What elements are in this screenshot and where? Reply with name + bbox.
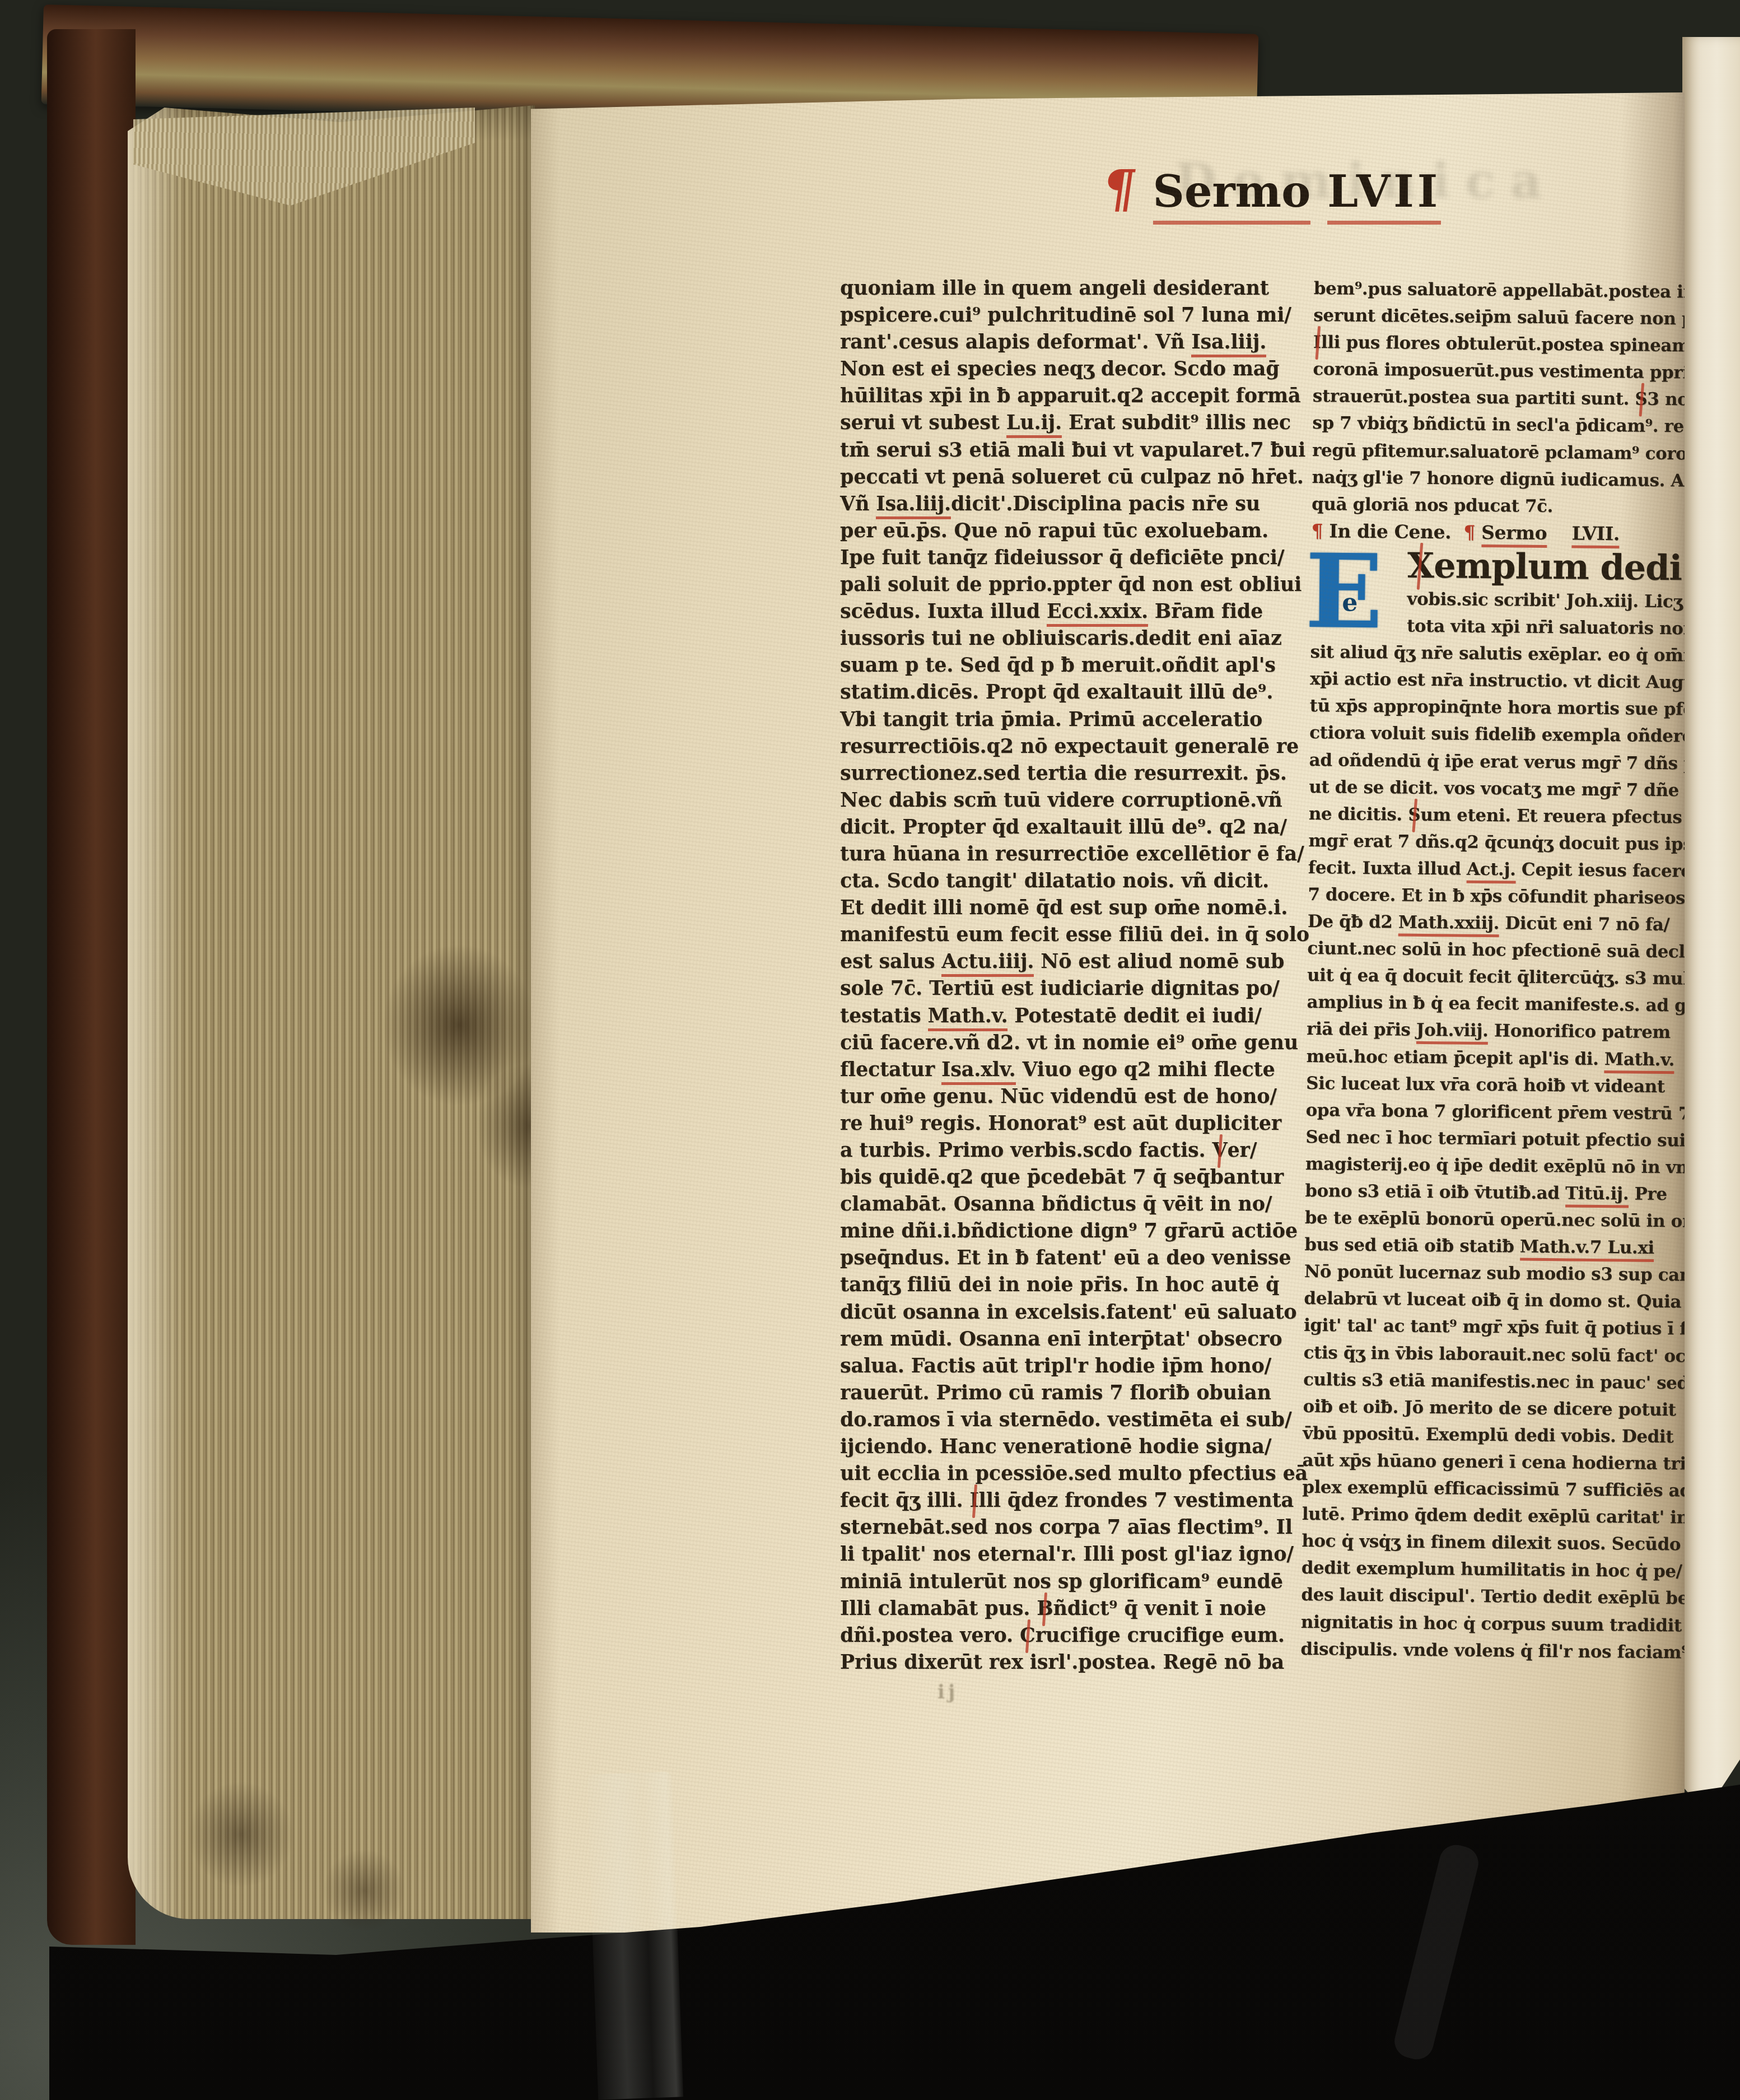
text-line: bem⁹.pus saluatorē appellabāt.postea irr… (1314, 275, 1695, 306)
text-line: oiƀ et oiƀ. Jō merito de se dicere potui… (1303, 1393, 1683, 1424)
text-line: regū pfitemur.saluatorē pclamam⁹ coro/ (1312, 437, 1693, 468)
text-line: tū xp̄s appropinq̄nte hora mortis sue pf… (1309, 692, 1690, 723)
text-line: cta. Scdo tangit' dilatatio nois. vñ dic… (840, 868, 1338, 895)
text-segment: pseq̄ndus. Et in ƀ fatent' eū a deo veni… (840, 1246, 1291, 1269)
text-segment: pali soluit de pprio.ppter q̄d non est o… (840, 573, 1301, 596)
text-line: miniā intulerūt nos sp glorificam⁹ eundē (840, 1568, 1338, 1595)
text-segment: delabrū vt luceat oiƀ q̄ in domo st. Qui… (1304, 1288, 1681, 1312)
citation-red-underlined: Titū.ij. (1565, 1183, 1629, 1208)
citation-red-underlined: Math.v.7 Lu.xi (1520, 1237, 1654, 1262)
text-line: quā gloriā nos pducat 7c̄. (1312, 491, 1692, 521)
text-segment: Br̄am fide (1148, 600, 1263, 623)
text-line: rem mūdi. Osanna enī interp̄tat' obsecro (840, 1326, 1338, 1353)
text-segment: peccati vt penā solueret cū culpaz nō hr… (840, 465, 1304, 488)
text-line: do.ramos ī via sternēdo. vestimēta ei su… (840, 1407, 1338, 1433)
text-segment: oiƀ et oiƀ. Jō merito de se dicere potui… (1303, 1396, 1676, 1420)
text-segment: rauerūt. Primo cū ramis 7 floriƀ obuian (840, 1381, 1271, 1404)
text-segment: li tpalit' nos eternal'r. Illi post gl'i… (840, 1543, 1294, 1566)
text-segment: riā dei pr̄is (1307, 1019, 1416, 1040)
text-line: vobis.sic scribit' Joh.xiij. Licʒ (1407, 586, 1691, 616)
text-line: plex exemplū efficacissimū 7 sufficiēs a… (1302, 1474, 1683, 1505)
citation-red-underlined: Isa.liij. (876, 492, 951, 519)
text-segment: serunt dicētes.seip̄m saluū facere non p… (1313, 305, 1719, 329)
text-segment: uit ecclia in pcessiōe.sed multo pfectiu… (840, 1462, 1308, 1485)
citation-red-underlined: Lu.ij. (1006, 411, 1062, 438)
text-segment: opa vr̄a bona 7 glorificent pr̄em vestrū… (1306, 1100, 1706, 1124)
running-header: ¶ Sermo LVII (1103, 159, 1441, 225)
text-segment: Et dedit illi nomē q̄d est sup om̄e nomē… (840, 896, 1287, 919)
text-segment: ne dicitis. (1309, 804, 1408, 825)
text-line: aūt xp̄s hūano generi ī cena hodierna tr… (1302, 1447, 1683, 1478)
text-segment: lutē. Primo q̄dem dedit exēplū caritat' … (1302, 1504, 1689, 1528)
citation-red-underlined: Math.xxiij. (1398, 912, 1500, 938)
text-segment: sternebāt.sed nos corpa 7 aīas flectim⁹.… (840, 1516, 1293, 1539)
text-line: scēdus. Iuxta illud Ecci.xxix. Br̄am fid… (840, 598, 1338, 625)
text-line: Sed nec ī hoc termīari potuit pfectio su… (1305, 1124, 1686, 1154)
text-segment: vobis.sic scribit' Joh.xiij. Licʒ (1407, 589, 1682, 612)
text-segment: tū xp̄s appropinq̄nte hora mortis sue pf… (1309, 696, 1700, 720)
text-line: re hui⁹ regis. Honorat⁹ est aūt duplicit… (840, 1110, 1338, 1137)
text-segment: meū.hoc etiam p̄cepit apl'is di. (1306, 1046, 1604, 1069)
text-segment: dñi.postea vero. (840, 1624, 1020, 1647)
text-line: 7 docere. Et in ƀ xp̄s cōfundit phariseo… (1308, 881, 1688, 912)
text-line: pspicere.cui⁹ pulchritudinē sol 7 luna m… (840, 302, 1338, 329)
text-line: mine dñi.i.bñdictione dign⁹ 7 gr̄arū act… (840, 1218, 1338, 1245)
text-segment: Erat subdit⁹ illis nec (1062, 411, 1291, 434)
text-segment: aūt xp̄s hūano generi ī cena hodierna tr… (1303, 1450, 1692, 1474)
text-segment: ciunt.nec solū in hoc pfectionē suā decl… (1307, 938, 1716, 962)
text-segment: Sed nec ī hoc termīari potuit pfectio su… (1305, 1127, 1686, 1151)
text-line: Illi pus flores obtulerūt.postea spineam (1313, 329, 1694, 360)
text-line: ctis q̄ʒ in v̄bis laborauit.nec solū fac… (1303, 1339, 1684, 1370)
text-line: mgr̄ erat 7 dñs.q2 q̄cunq̇ʒ docuit pus i… (1308, 827, 1689, 858)
text-line: ijciendo. Hanc venerationē hodie signa/ (840, 1433, 1338, 1460)
text-line: naq̇ʒ gl'ie 7 honore dignū iudicamus. Ad (1312, 464, 1692, 495)
text-segment: quā gloriā nos pducat 7c̄. (1312, 494, 1553, 516)
text-segment: regū pfitemur.saluatorē pclamam⁹ coro/ (1312, 440, 1694, 464)
text-segment: suam p te. Sed q̄d p ƀ meruit.oñdit apl'… (840, 654, 1276, 677)
text-line: igit' tal' ac tant⁹ mgr̄ xp̄s fuit q̄ po… (1304, 1312, 1685, 1343)
text-segment: nignitatis in hoc q̇ corpus suum tradidi… (1301, 1612, 1682, 1636)
text-line: Nec dabis scm̄ tuū videre corruptionē.vñ (840, 787, 1338, 814)
text-line: fecit q̄ʒ illi. Illi q̄dez frondes 7 ves… (840, 1487, 1338, 1514)
text-segment: De q̄ƀ d2 (1308, 911, 1398, 933)
text-line: nignitatis in hoc q̇ corpus suum tradidi… (1301, 1608, 1682, 1639)
text-segment: lli q̄dez frondes 7 vestimenta (979, 1489, 1294, 1512)
text-line: serunt dicētes.seip̄m saluū facere non p… (1313, 302, 1694, 333)
text-segment: pspicere.cui⁹ pulchritudinē sol 7 luna m… (840, 304, 1291, 327)
text-segment: bus sed etiā oiƀ statiƀ (1304, 1235, 1520, 1257)
guide-letter: e (1342, 588, 1358, 617)
red-touched-capital: I (1313, 329, 1322, 356)
text-line: Vñ Isa.liij.dicit'.Disciplina pacis nr̄e… (840, 491, 1338, 518)
text-line: dicit. Propter q̄d exaltauit illū de⁹. q… (840, 814, 1338, 841)
text-segment: igit' tal' ac tant⁹ mgr̄ xp̄s fuit q̄ po… (1304, 1315, 1704, 1339)
text-line: ne dicitis. Sum eteni. Et reuera pfectus (1309, 800, 1690, 831)
text-line: fecit. Iuxta illud Act.j. Cepit iesus fa… (1308, 854, 1689, 885)
citation-red-underlined: Joh.viij. (1416, 1020, 1489, 1045)
text-line: dicūt osanna in excelsis.fatent' eū salu… (840, 1299, 1338, 1326)
sermon-opening-with-initial: EeXemplum dedivobis.sic scribit' Joh.xii… (1310, 544, 1692, 642)
text-segment: rem mūdi. Osanna enī interp̄tat' obsecro (840, 1328, 1282, 1351)
text-segment: a turbis. Primo verbis.scdo factis. (840, 1139, 1212, 1162)
text-line: Nō ponūt lucernaz sub modio s3 sup can/ (1304, 1258, 1685, 1289)
text-segment: mine dñi.i.bñdictione dign⁹ 7 gr̄arū act… (840, 1219, 1298, 1242)
text-segment: coronā imposuerūt.pus vestimenta ppria (1313, 359, 1700, 383)
text-line: a turbis. Primo verbis.scdo factis. Ver/ (840, 1137, 1338, 1164)
text-segment: ñdict⁹ q̄ venit ī noie (1053, 1597, 1266, 1620)
text-line: manifestū eum fecit esse filiū dei. in q… (840, 921, 1338, 948)
text-segment: mgr̄ erat 7 dñs.q2 q̄cunq̇ʒ docuit pus i… (1308, 831, 1703, 855)
text-segment: tm̄ serui s3 etiā mali ƀui vt vapularet.… (840, 439, 1305, 462)
text-line: statim.dicēs. Propt q̄d exaltauit illū d… (840, 679, 1338, 706)
text-line: resurrectiōis.q2 nō expectauit generalē … (840, 733, 1338, 760)
text-line: ut de se dicit. vos vocatʒ me mgr̄ 7 dñe… (1309, 774, 1690, 804)
text-segment: dicit. Propter q̄d exaltauit illū de⁹. q… (840, 816, 1287, 839)
text-line: tota vita xp̄i nr̄i saluatoris non (1407, 613, 1691, 642)
text-segment: tura hūana in resurrectiōe excellētior ē… (840, 842, 1304, 865)
text-line: strauerūt.postea sua partiti sunt. S3 no… (1313, 383, 1694, 413)
text-segment: Sic luceat lux vr̄a corā hoiƀ vt videant (1306, 1073, 1665, 1097)
text-segment: ciū facere.vñ d2. vt in nomie ei⁹ om̄e g… (840, 1031, 1298, 1054)
opening-display-line: Xemplum dedi (1407, 546, 1692, 589)
text-segment: 7 docere. Et in ƀ xp̄s cōfundit phariseo… (1308, 884, 1691, 909)
text-segment: plex exemplū efficacissimū 7 sufficiēs a… (1302, 1477, 1718, 1501)
text-line: Et dedit illi nomē q̄d est sup om̄e nomē… (840, 895, 1338, 921)
text-line: hoc q̇ vsq̇ʒ in finem dilexit suos. Secū… (1301, 1528, 1682, 1558)
text-segment: Viuo ego q2 mihi flecte (1016, 1058, 1275, 1081)
text-segment: quoniam ille in quem angeli desiderant (840, 277, 1269, 300)
text-segment: do.ramos ī via sternēdo. vestimēta ei su… (840, 1408, 1291, 1431)
text-line: Sic luceat lux vr̄a corā hoiƀ vt videant (1306, 1070, 1687, 1101)
leather-binding-spine-left (47, 29, 136, 1945)
text-segment: Nō ponūt lucernaz sub modio s3 sup can/ (1304, 1261, 1698, 1286)
text-line: delabrū vt luceat oiƀ q̄ in domo st. Qui… (1304, 1285, 1685, 1316)
text-segment: re hui⁹ regis. Honorat⁹ est aūt duplicit… (840, 1112, 1281, 1135)
red-touched-capital: V (1212, 1137, 1227, 1164)
text-segment: dicūt osanna in excelsis.fatent' eū salu… (840, 1301, 1297, 1324)
text-segment: rucifige crucifige eum. (1035, 1624, 1285, 1647)
text-segment: est salus (840, 950, 941, 973)
citation-red-underlined: Math.v. (1604, 1049, 1674, 1074)
text-line: opa vr̄a bona 7 glorificent pr̄em vestrū… (1305, 1097, 1686, 1128)
text-segment: dedit exemplum humilitatis in hoc q̇ pe/ (1301, 1558, 1682, 1582)
text-line: bono s3 etiā ī oiƀ v̄tutiƀ.ad Titū.ij. P… (1305, 1177, 1686, 1208)
text-line: salua. Factis aūt tripl'r hodie ip̄m hon… (840, 1353, 1338, 1380)
text-line: ciunt.nec solū in hoc pfectionē suā decl… (1307, 935, 1688, 966)
text-segment: clamabāt. Osanna bñdictus q̄ vēit in no/ (840, 1193, 1272, 1216)
text-segment: dicit'.Disciplina pacis nr̄e su (951, 492, 1260, 515)
text-segment: flectatur (840, 1058, 941, 1081)
text-segment: hoc q̇ vsq̇ʒ in finem dilexit suos. Secū… (1301, 1531, 1681, 1554)
page-block-fore-edge (128, 102, 535, 1919)
text-line: Illi clamabāt pus. Bñdict⁹ q̄ venit ī no… (840, 1595, 1338, 1622)
text-segment: ctiora voluit suis fideliƀ exempla oñder… (1309, 723, 1693, 747)
text-line: discipulis. vnde volens q̇ fil'r nos fac… (1300, 1635, 1681, 1666)
photograph-of-open-incunabulum: Dominica ¶ Sermo LVII quoniam ille in qu… (0, 0, 1740, 2100)
text-line: meū.hoc etiam p̄cepit apl'is di. Math.v. (1306, 1042, 1687, 1073)
text-line: Non est ei species neqʒ decor. Scdo maḡ (840, 356, 1338, 383)
text-line: xp̄i actio est nr̄a instructio. vt dicit… (1310, 665, 1691, 696)
text-segment: testatis (840, 1004, 928, 1027)
text-line: amplius in ƀ q̇ ea fecit manifeste.s. ad… (1307, 989, 1687, 1019)
text-line: testatis Math.v. Potestatē dedit ei iudi… (840, 1003, 1338, 1030)
text-segment: sole 7c̄. Tertiū est iudiciarie dignitas… (840, 977, 1280, 1000)
text-line: ctiora voluit suis fideliƀ exempla oñder… (1309, 719, 1690, 750)
text-segment: sp 7 vbiq̇ʒ bñdictū in secl'a p̄dicam⁹. … (1312, 413, 1716, 437)
text-segment: per eū.p̄s. Que nō rapui tūc exoluebam. (840, 519, 1268, 542)
text-segment: fecit q̄ʒ illi. (840, 1489, 969, 1512)
text-column-right: bem⁹.pus saluatorē appellabāt.postea irr… (1300, 275, 1695, 1666)
text-segment: statim.dicēs. Propt q̄d exaltauit illū d… (840, 681, 1273, 704)
text-line: bis quidē.q2 que p̄cedebāt 7 q̄ seq̄bant… (840, 1164, 1338, 1191)
text-segment: miniā intulerūt nos sp glorificam⁹ eundē (840, 1570, 1283, 1593)
citation-red-underlined: Isa.xlv. (941, 1058, 1016, 1085)
text-segment: cultis s3 etiā manifestis.nec in pauc' s… (1303, 1370, 1714, 1394)
text-segment: rant'.cesus alapis deformat'. Vñ (840, 330, 1191, 353)
text-segment: fecit. Iuxta illud (1308, 858, 1467, 879)
text-line: rant'.cesus alapis deformat'. Vñ Isa.lii… (840, 329, 1338, 356)
header-title: Sermo (1153, 166, 1311, 225)
text-segment: tur om̄e genu. Nūc videndū est de hono/ (840, 1085, 1277, 1108)
text-line: tm̄ serui s3 etiā mali ƀui vt vapularet.… (840, 437, 1338, 464)
text-line: quoniam ille in quem angeli desiderant (840, 275, 1338, 302)
red-touched-capital: S (1635, 386, 1647, 413)
text-line: pseq̄ndus. Et in ƀ fatent' eū a deo veni… (840, 1245, 1338, 1272)
text-line: pali soluit de pprio.ppter q̄d non est o… (840, 571, 1338, 598)
red-touched-capital: X (1407, 546, 1434, 586)
text-segment: magisterij.eo q̇ ip̄e dedit exēplū nō in… (1305, 1154, 1700, 1178)
text-segment: Nō est aliud nomē sub (1034, 950, 1284, 973)
text-line: des lauit discipul'. Tertio dedit exēplū… (1301, 1581, 1682, 1612)
text-segment: tota vita xp̄i nr̄i saluatoris non (1407, 616, 1696, 639)
text-line: tura hūana in resurrectiōe excellētior ē… (840, 841, 1338, 868)
text-line: Ipe fuit tanq̄z fideiussor q̄ deficiēte … (840, 544, 1338, 571)
citation-red-underlined: Sermo (1481, 521, 1547, 548)
text-line: li tpalit' nos eternal'r. Illi post gl'i… (840, 1541, 1338, 1568)
citation-red-underlined: Ecci.xxix. (1047, 600, 1148, 627)
text-segment: discipulis. vnde volens q̇ fil'r nos fac… (1300, 1638, 1688, 1663)
text-segment: Ipe fuit tanq̄z fideiussor q̄ deficiēte … (840, 546, 1284, 569)
text-segment (1547, 522, 1572, 544)
text-line: riā dei pr̄is Joh.viij. Honorifico patre… (1307, 1016, 1687, 1046)
text-segment: manifestū eum fecit esse filiū dei. in q… (840, 923, 1309, 946)
text-segment: des lauit discipul'. Tertio dedit exēplū… (1301, 1585, 1688, 1609)
text-segment: Prius dixerūt rex isrl'.postea. Regē nō … (840, 1651, 1284, 1674)
citation-red-underlined: Actu.iiij. (941, 950, 1034, 977)
text-segment: Dicūt eni 7 nō fa/ (1499, 913, 1670, 935)
text-line: peccati vt penā solueret cū culpaz nō hr… (840, 464, 1338, 491)
citation-red-underlined: LVII. (1571, 522, 1620, 548)
text-segment: tanq̄ʒ filiū dei in noie pr̄is. In hoc a… (840, 1273, 1279, 1296)
text-segment: Cepit iesus facere (1515, 859, 1691, 881)
red-touched-capital: I (969, 1487, 978, 1514)
text-segment: ctis q̄ʒ in v̄bis laborauit.nec solū fac… (1303, 1342, 1692, 1366)
text-segment: Pre (1629, 1184, 1667, 1204)
text-segment: um eteni. Et reuera pfectus (1420, 805, 1682, 827)
text-line: serui vt subest Lu.ij. Erat subdit⁹ illi… (840, 409, 1338, 436)
text-segment: Non est ei species neqʒ decor. Scdo maḡ (840, 357, 1279, 380)
text-segment: bis quidē.q2 que p̄cedebāt 7 q̄ seq̄bant… (840, 1166, 1284, 1189)
text-segment: bem⁹.pus saluatorē appellabāt.postea irr… (1314, 278, 1708, 302)
text-line: De q̄ƀ d2 Math.xxiij. Dicūt eni 7 nō fa/ (1308, 908, 1688, 939)
text-line: cultis s3 etiā manifestis.nec in pauc' s… (1303, 1366, 1684, 1397)
text-line: dñi.postea vero. Crucifige crucifige eum… (840, 1622, 1338, 1649)
book-cradle-strap (587, 1772, 683, 2100)
header-sermon-number: LVII (1327, 166, 1441, 225)
text-column-left: quoniam ille in quem angeli desiderantps… (840, 275, 1338, 1676)
text-segment: lli pus flores obtulerūt.postea spineam (1321, 332, 1690, 356)
text-segment: xp̄i actio est nr̄a instructio. vt dicit… (1310, 669, 1711, 693)
text-line: surrectionez.sed tertia die resurrexit. … (840, 760, 1338, 787)
text-segment: Vñ (840, 492, 876, 515)
text-segment: naq̇ʒ gl'ie 7 honore dignū iudicamus. Ad (1312, 467, 1696, 491)
text-segment: strauerūt.postea sua partiti sunt. (1313, 386, 1635, 409)
text-line: Prius dixerūt rex isrl'.postea. Regē nō … (840, 1649, 1338, 1676)
open-book-page: Dominica ¶ Sermo LVII quoniam ille in qu… (531, 92, 1685, 1933)
red-touched-capital: C (1020, 1622, 1035, 1649)
citation-red-underlined: Isa.liij. (1191, 330, 1266, 357)
rubric-red-text: ¶ (1463, 521, 1481, 543)
text-line: magisterij.eo q̇ ip̄e dedit exēplū nō in… (1305, 1151, 1686, 1181)
red-paraph-icon: ¶ (1099, 159, 1140, 219)
red-touched-capital: S (1408, 801, 1420, 828)
text-line: lutē. Primo q̄dem dedit exēplū caritat' … (1302, 1501, 1683, 1531)
text-segment: Vbi tangit tria p̄mia. Primū acceleratio (840, 708, 1262, 731)
text-line: bus sed etiā oiƀ statiƀ Math.v.7 Lu.xi (1304, 1231, 1685, 1262)
text-segment: uit q̇ ea q̄ docuit fecit q̄litercūq̇ʒ. … (1307, 965, 1709, 989)
facing-leaf-edge (1682, 37, 1740, 1813)
text-line: tanq̄ʒ filiū dei in noie pr̄is. In hoc a… (840, 1272, 1338, 1298)
text-segment: be te exēplū bonorū operū.nec solū in om… (1305, 1208, 1713, 1232)
quire-signature-mark: ij (937, 1681, 958, 1703)
text-segment: Potestatē dedit ei iudi/ (1007, 1004, 1261, 1027)
text-line: sternebāt.sed nos corpa 7 aīas flectim⁹.… (840, 1514, 1338, 1541)
text-segment: er/ (1227, 1139, 1257, 1162)
text-line: per eū.p̄s. Que nō rapui tūc exoluebam. (840, 518, 1338, 544)
text-segment: Illi clamabāt pus. (840, 1597, 1037, 1620)
text-segment: resurrectiōis.q2 nō expectauit generalē … (840, 735, 1299, 758)
text-segment: ut de se dicit. vos vocatʒ me mgr̄ 7 dñe… (1309, 777, 1725, 801)
text-line: tur om̄e genu. Nūc videndū est de hono/ (840, 1083, 1338, 1110)
citation-red-underlined: Math.v. (928, 1004, 1008, 1031)
text-line: v̄bū ppositū. Exemplū dedi vobis. Dedit (1303, 1420, 1683, 1451)
text-line: be te exēplū bonorū operū.nec solū in om… (1305, 1204, 1686, 1235)
text-segment: v̄bū ppositū. Exemplū dedi vobis. Dedit (1303, 1423, 1673, 1447)
text-line: sp 7 vbiq̇ʒ bñdictū in secl'a p̄dicam⁹. … (1312, 409, 1693, 440)
text-segment: Honorifico patrem (1488, 1021, 1671, 1042)
text-line: ad oñdendū q̇ ip̄e erat verus mgr̄ 7 dñs… (1309, 746, 1690, 777)
citation-red-underlined: Act.j. (1467, 859, 1516, 884)
text-line: iussoris tui ne obliuiscaris.dedit eni a… (840, 625, 1338, 652)
text-line: clamabāt. Osanna bñdictus q̄ vēit in no/ (840, 1191, 1338, 1218)
text-line: est salus Actu.iiij. Nō est aliud nomē s… (840, 948, 1338, 975)
text-segment: hūilitas xp̄i in ƀ apparuit.q2 accepit f… (840, 384, 1300, 407)
text-line: sole 7c̄. Tertiū est iudiciarie dignitas… (840, 975, 1338, 1002)
text-segment: Nec dabis scm̄ tuū videre corruptionē.vñ (840, 789, 1282, 812)
red-touched-capital: B (1037, 1595, 1053, 1622)
text-segment: surrectionez.sed tertia die resurrexit. … (840, 762, 1287, 785)
text-segment: cta. Scdo tangit' dilatatio nois. vñ dic… (840, 869, 1269, 892)
text-segment: salua. Factis aūt tripl'r hodie ip̄m hon… (840, 1354, 1271, 1377)
text-line: hūilitas xp̄i in ƀ apparuit.q2 accepit f… (840, 383, 1338, 409)
text-segment: iussoris tui ne obliuiscaris.dedit eni a… (840, 627, 1282, 650)
text-line: flectatur Isa.xlv. Viuo ego q2 mihi flec… (840, 1056, 1338, 1083)
text-line: uit ecclia in pcessiōe.sed multo pfectiu… (840, 1460, 1338, 1487)
text-line: rauerūt. Primo cū ramis 7 floriƀ obuian (840, 1380, 1338, 1407)
text-segment: bono s3 etiā ī oiƀ v̄tutiƀ.ad (1305, 1181, 1565, 1203)
text-line: suam p te. Sed q̄d p ƀ meruit.oñdit apl'… (840, 652, 1338, 679)
text-line: dedit exemplum humilitatis in hoc q̇ pe/ (1301, 1554, 1682, 1585)
text-segment: ijciendo. Hanc venerationē hodie signa/ (840, 1435, 1271, 1458)
text-segment: amplius in ƀ q̇ ea fecit manifeste.s. ad… (1307, 992, 1710, 1016)
text-line: Vbi tangit tria p̄mia. Primū acceleratio (840, 706, 1338, 733)
text-segment: scēdus. Iuxta illud (840, 600, 1047, 623)
text-segment: emplum dedi (1434, 545, 1682, 588)
text-line: coronā imposuerūt.pus vestimenta ppria (1313, 356, 1694, 387)
text-line: uit q̇ ea q̄ docuit fecit q̄litercūq̇ʒ. … (1307, 962, 1688, 993)
text-segment: ad oñdendū q̇ ip̄e erat verus mgr̄ 7 dñs… (1309, 749, 1696, 774)
text-line: ciū facere.vñ d2. vt in nomie ei⁹ om̄e g… (840, 1030, 1338, 1056)
text-segment: serui vt subest (840, 411, 1006, 434)
